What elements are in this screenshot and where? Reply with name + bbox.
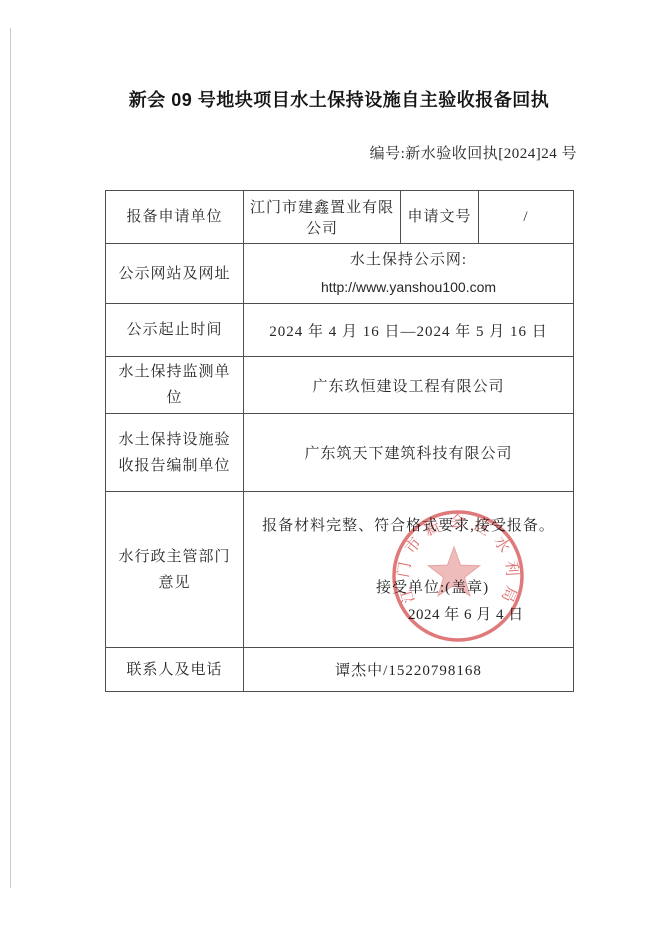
doc-number: 编号:新水验收回执[2024]24 号 [370, 142, 577, 163]
row-publicity-period: 公示起止时间 2024 年 4 月 16 日—2024 年 5 月 16 日 [106, 304, 574, 357]
field-label-authority-opinion: 水行政主管部门意见 [106, 492, 244, 648]
row-monitoring-unit: 水土保持监测单位 广东玖恒建设工程有限公司 [106, 357, 574, 414]
accept-unit-line: 接受单位:(盖章) [376, 576, 489, 597]
field-label-period: 公示起止时间 [106, 304, 244, 357]
document-title: 新会 09 号地块项目水土保持设施自主验收报备回执 [85, 86, 593, 112]
field-value-monitoring-unit: 广东玖恒建设工程有限公司 [244, 357, 574, 414]
field-label-contact: 联系人及电话 [106, 648, 244, 692]
form-table: 报备申请单位 江门市建鑫置业有限公司 申请文号 / 公示网站及网址 水土保持公示… [105, 190, 574, 692]
field-value-report-unit: 广东筑天下建筑科技有限公司 [244, 414, 574, 492]
row-website: 公示网站及网址 水土保持公示网: http://www.yanshou100.c… [106, 244, 574, 304]
opinion-text: 报备材料完整、符合格式要求,接受报备。 [244, 514, 573, 535]
field-value-doc-ref: / [479, 191, 574, 244]
field-value-contact: 谭杰中/15220798168 [244, 648, 574, 692]
website-name: 水土保持公示网: [250, 247, 567, 274]
field-label-monitoring-unit: 水土保持监测单位 [106, 357, 244, 414]
field-value-period: 2024 年 4 月 16 日—2024 年 5 月 16 日 [244, 304, 574, 357]
row-report-unit: 水土保持设施验收报告编制单位 广东筑天下建筑科技有限公司 [106, 414, 574, 492]
field-value-website: 水土保持公示网: http://www.yanshou100.com [244, 244, 574, 304]
accept-date: 2024 年 6 月 4 日 [408, 603, 524, 624]
scan-edge-line [10, 28, 11, 888]
website-url: http://www.yanshou100.com [250, 274, 567, 301]
field-label-applicant: 报备申请单位 [106, 191, 244, 244]
row-applicant: 报备申请单位 江门市建鑫置业有限公司 申请文号 / [106, 191, 574, 244]
field-label-report-unit: 水土保持设施验收报告编制单位 [106, 414, 244, 492]
field-value-applicant: 江门市建鑫置业有限公司 [244, 191, 401, 244]
field-value-authority-opinion: 报备材料完整、符合格式要求,接受报备。 接受单位:(盖章) 2024 年 6 月… [244, 492, 574, 648]
row-authority-opinion: 水行政主管部门意见 报备材料完整、符合格式要求,接受报备。 接受单位:(盖章) … [106, 492, 574, 648]
field-label-doc-ref: 申请文号 [401, 191, 479, 244]
document-page: 新会 09 号地块项目水土保持设施自主验收报备回执 编号:新水验收回执[2024… [0, 0, 663, 934]
field-label-website: 公示网站及网址 [106, 244, 244, 304]
row-contact: 联系人及电话 谭杰中/15220798168 [106, 648, 574, 692]
